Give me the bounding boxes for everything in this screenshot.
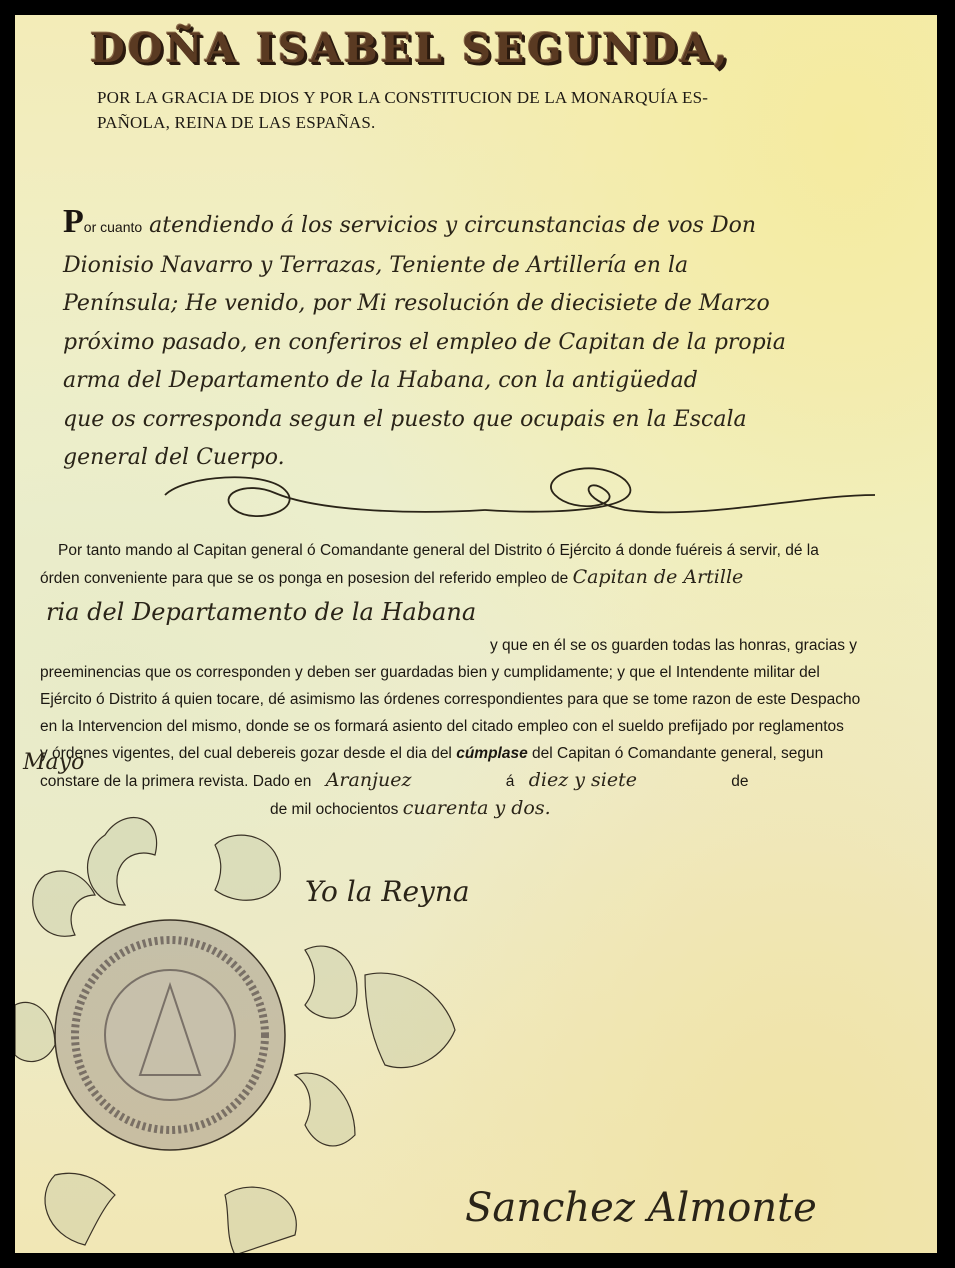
paragraph-line: preeminencias que os corresponden y debe… (40, 659, 930, 686)
printed-text: órden conveniente para que se os ponga e… (40, 570, 568, 587)
printed-text: de (731, 773, 748, 790)
paragraph-line: que os corresponda segun el puesto que o… (43, 401, 923, 440)
printed-paragraph: Por tanto mando al Capitan general ó Com… (40, 537, 930, 823)
handwritten-place: Aranjuez (326, 769, 412, 791)
document-subtitle: POR LA GRACIA DE DIOS Y POR LA CONSTITUC… (97, 85, 897, 135)
printed-text: or cuanto (84, 219, 142, 235)
printed-text: del Capitan ó Comandante general, segun (532, 745, 823, 762)
printed-text: á (506, 773, 515, 790)
paragraph-line: constare de la primera revista. Dado en … (40, 767, 930, 795)
paragraph-line: Por cuanto atendiendo á los servicios y … (43, 203, 923, 247)
handwritten-paragraph: Por cuanto atendiendo á los servicios y … (43, 203, 923, 478)
document-page: DOÑA ISABEL SEGUNDA, POR LA GRACIA DE DI… (15, 15, 937, 1253)
calligraphic-flourish (155, 455, 875, 535)
handwritten-fill: ria del Departamento de la Habana (40, 592, 930, 632)
paragraph-line: Península; He venido, por Mi resolución … (43, 285, 923, 324)
printed-text: constare de la primera revista. Dado en (40, 773, 311, 790)
paragraph-line: Dionisio Navarro y Terrazas, Teniente de… (43, 247, 923, 286)
paragraph-line: arma del Departamento de la Habana, con … (43, 362, 923, 401)
drop-cap: P (63, 203, 84, 240)
paragraph-line: en la Intervencion del mismo, donde se o… (40, 713, 930, 740)
handwritten-fill: Capitan de Artille (573, 566, 744, 588)
document-title: DOÑA ISABEL SEGUNDA, (90, 25, 910, 72)
handwritten-day: diez y siete (529, 769, 637, 791)
subtitle-line-2: PAÑOLA, REINA DE LAS ESPAÑAS. (97, 110, 897, 135)
printed-text: y órdenes vigentes, del cual debereis go… (40, 745, 452, 762)
royal-signature: Yo la Reyna (305, 875, 470, 908)
paragraph-line: y que en él se os guarden todas las honr… (40, 632, 930, 659)
italic-term: cúmplase (456, 745, 528, 762)
minister-signature: Sanchez Almonte (465, 1185, 817, 1231)
handwritten-text: atendiendo á los servicios y circunstanc… (149, 213, 756, 238)
paragraph-line: y órdenes vigentes, del cual debereis go… (40, 740, 930, 767)
subtitle-line-1: POR LA GRACIA DE DIOS Y POR LA CONSTITUC… (97, 85, 897, 110)
paragraph-line: próximo pasado, en conferiros el empleo … (43, 324, 923, 363)
paragraph-line: órden conveniente para que se os ponga e… (40, 564, 930, 592)
paragraph-line: Por tanto mando al Capitan general ó Com… (40, 537, 930, 564)
handwritten-month: Mayo (23, 750, 84, 775)
paragraph-line: Ejército ó Distrito á quien tocare, dé a… (40, 686, 930, 713)
royal-seal (15, 795, 475, 1253)
